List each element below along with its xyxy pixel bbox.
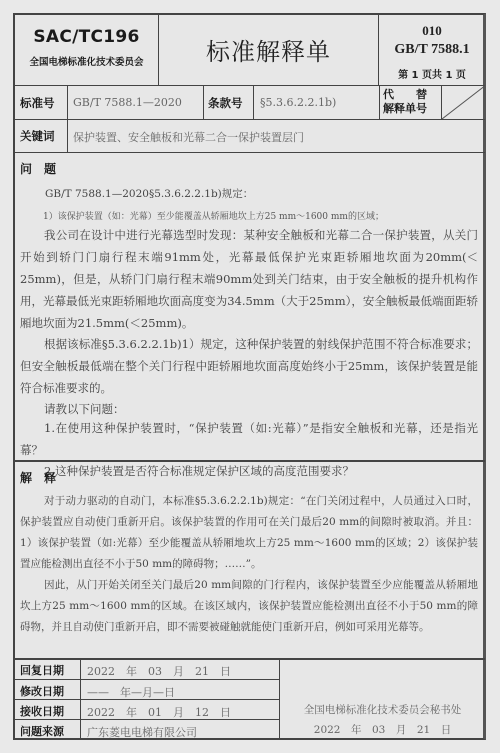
serial-number: 010	[379, 23, 485, 39]
empty-cell-slash	[442, 85, 486, 119]
issuer-block: 全国电梯标准化技术委员会秘书处 2022 年 03 月 21 日	[280, 658, 485, 740]
answer-heading: 解 释	[20, 469, 56, 486]
answer-section: 解 释 对于动力驱动的自动门，本标准§5.3.6.2.2.1b)规定：“在门关闭…	[15, 462, 485, 658]
standard-no-label: 标准号	[20, 95, 55, 111]
question-item-1: 1.在使用这种保护装置时，“保护装置（如:光幕）”是指安全触板和光幕，还是指光幕…	[20, 417, 478, 461]
receive-date-label: 接收日期	[20, 703, 64, 719]
revision-date-label: 修改日期	[20, 683, 64, 699]
replace-label: 代 替 解释单号	[383, 88, 427, 116]
divider	[253, 85, 254, 119]
org-name: 全国电梯标准化技术委员会	[15, 54, 158, 68]
reply-date-value: 2022 年 03 月 21 日	[87, 663, 231, 679]
reply-date-label: 回复日期	[20, 662, 64, 678]
replace-label-line1: 代 替	[383, 88, 427, 102]
standard-code: GB/T 7588.1	[379, 42, 485, 58]
answer-paragraph-1: 对于动力驱动的自动门，本标准§5.3.6.2.2.1b)规定：“在门关闭过程中，…	[20, 491, 478, 575]
divider	[15, 85, 485, 86]
issue-date: 2022 年 03 月 21 日	[280, 722, 485, 737]
keywords-label: 关键词	[20, 128, 55, 144]
clause-label: 条款号	[208, 95, 243, 111]
question-paragraph-2: 根据该标准§5.3.6.2.2.1b)1）规定，这种保护装置的射线保护范围不符合…	[20, 333, 478, 399]
page-title: 标准解释单	[159, 32, 378, 67]
answer-paragraph-2: 因此，从门开始关闭至关门最后20 mm间隙的门行程内，该保护装置至少应能覆盖从轿…	[20, 575, 478, 638]
clause-value: §5.3.6.2.2.1b)	[260, 96, 336, 109]
page-info: 第 1 页共 1 页	[379, 66, 485, 81]
org-code: SAC/TC196	[15, 27, 158, 47]
question-paragraph-1: 我公司在设计中进行光幕选型时发现：某种安全触板和光幕二合一保护装置，从关门开始到…	[20, 224, 478, 334]
serial-block: 010 GB/T 7588.1 第 1 页共 1 页	[379, 15, 485, 85]
question-ref: GB/T 7588.1—2020§5.3.6.2.2.1b)规定：	[45, 183, 253, 205]
source-value: 广东菱电电梯有限公司	[87, 724, 197, 740]
issuer-name: 全国电梯标准化技术委员会秘书处	[280, 702, 485, 717]
replace-label-line2: 解释单号	[383, 102, 427, 116]
org-block: SAC/TC196 全国电梯标准化技术委员会	[15, 15, 158, 85]
divider	[15, 119, 485, 120]
divider	[15, 679, 279, 680]
divider	[203, 85, 204, 119]
question-section: 问 题 GB/T 7588.1—2020§5.3.6.2.2.1b)规定： 1）…	[15, 152, 485, 460]
title-block: 标准解释单	[159, 15, 378, 85]
keywords-value: 保护装置、安全触板和光幕二合一保护装置层门	[73, 129, 304, 145]
interpretation-form: SAC/TC196 全国电梯标准化技术委员会 标准解释单 010 GB/T 75…	[13, 13, 486, 740]
source-label: 问题来源	[20, 723, 64, 739]
revision-date-value: —— 年—月—日	[87, 684, 175, 700]
divider	[379, 85, 380, 119]
receive-date-value: 2022 年 01 月 12 日	[87, 704, 231, 720]
standard-no-value: GB/T 7588.1—2020	[73, 96, 182, 109]
question-heading: 问 题	[20, 160, 56, 177]
question-quote: 1）该保护装置（如：光幕）至少能覆盖从轿厢地坎上方25 mm～1600 mm的区…	[43, 209, 384, 222]
